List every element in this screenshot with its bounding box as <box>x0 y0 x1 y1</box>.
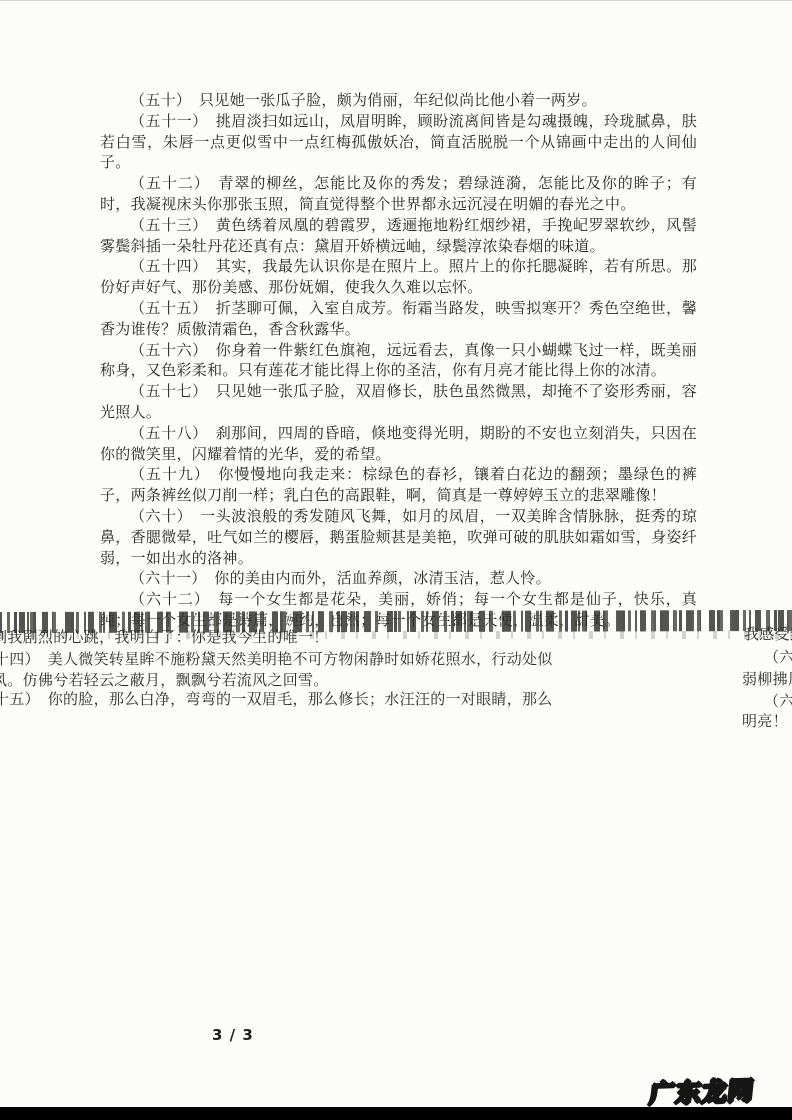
clipped-text-fragment: （六十 <box>764 692 792 710</box>
clipped-text-fragment: 十五） 你的脸，那么白净，弯弯的一双眉毛，那么修长；水汪汪的一对眼睛，那么 <box>0 690 553 708</box>
clipped-text-fragment: 风。仿佛兮若轻云之蔽月，飘飘兮若流风之回雪。 <box>0 671 329 689</box>
clipped-text-fragment: 弱柳拂风 <box>742 670 792 688</box>
paragraph: （五十七） 只见她一张瓜子脸，双眉修长，肤色虽然微黑，却掩不了姿形秀丽，容光照人… <box>100 381 697 423</box>
paragraph: （五十九） 你慢慢地向我走来：棕绿色的春衫，镶着白花边的翻颈；墨绿色的裤子，两条… <box>100 464 697 506</box>
clipped-text-fragment: 明亮！ <box>742 712 788 730</box>
paragraph: （六十一） 你的美由内而外，活血养颜，冰清玉洁，惹人怜。 <box>100 568 697 589</box>
paragraph: （五十六） 你身着一件紫红色旗袍，远远看去，真像一只小蝴蝶飞过一样，既美丽称身，… <box>100 340 697 382</box>
page-number-indicator: 3 / 3 <box>212 1026 254 1044</box>
clipped-text-fragment: 十四） 美人微笑转星眸不施粉黛天然美明艳不可方物闲静时如娇花照水，行动处似 <box>0 650 553 668</box>
site-watermark: 广东龙网 <box>648 1071 756 1111</box>
top-edge-line <box>0 0 792 1</box>
paragraph: （五十） 只见她一张瓜子脸，颇为俏丽，年纪似尚比他小着一两岁。 <box>100 90 697 111</box>
paragraph: （五十二） 青翠的柳丝，怎能比及你的秀发；碧绿涟漪，怎能比及你的眸子；有时，我凝… <box>100 173 697 215</box>
paragraph: （五十五） 折茎聊可佩，入室自成芳。衔霜当路发，映雪拟寒开？秀色空绝世，馨香为谁… <box>100 298 697 340</box>
clipped-text-fragment: 我感受到 <box>744 625 792 643</box>
clipped-text-fragment: 到我剧烈的心跳，我明白了：你是我今生的唯一！ <box>0 628 329 646</box>
paragraph: （六十） 一头波浪般的秀发随风飞舞，如月的凤眉，一双美眸含情脉脉，挺秀的琼鼻，香… <box>100 506 697 568</box>
document-text-column: （五十） 只见她一张瓜子脸，颇为俏丽，年纪似尚比他小着一两岁。 （五十一） 挑眉… <box>100 90 697 631</box>
bottom-black-bar <box>0 1107 792 1120</box>
clipped-text-fragment: （六十 <box>764 648 792 666</box>
paragraph: （五十三） 黄色绣着凤凰的碧霞罗，透逦拖地粉红烟纱裙，手挽屺罗翠软纱，风髻雾鬓斜… <box>100 215 697 257</box>
paragraph: （五十四） 其实，我最先认识你是在照片上。照片上的你托腮凝眸，若有所思。那份好声… <box>100 256 697 298</box>
paragraph: （五十八） 刹那间，四周的昏暗，倏地变得光明，期盼的不安也立刻消失，只因在你的微… <box>100 423 697 465</box>
document-page: （五十） 只见她一张瓜子脸，颇为俏丽，年纪似尚比他小着一两岁。 （五十一） 挑眉… <box>0 0 792 1120</box>
paragraph: （五十一） 挑眉淡扫如远山，凤眉明眸，顾盼流离间皆是勾魂摄魄，玲珑腻鼻，肤若白雪… <box>100 111 697 173</box>
